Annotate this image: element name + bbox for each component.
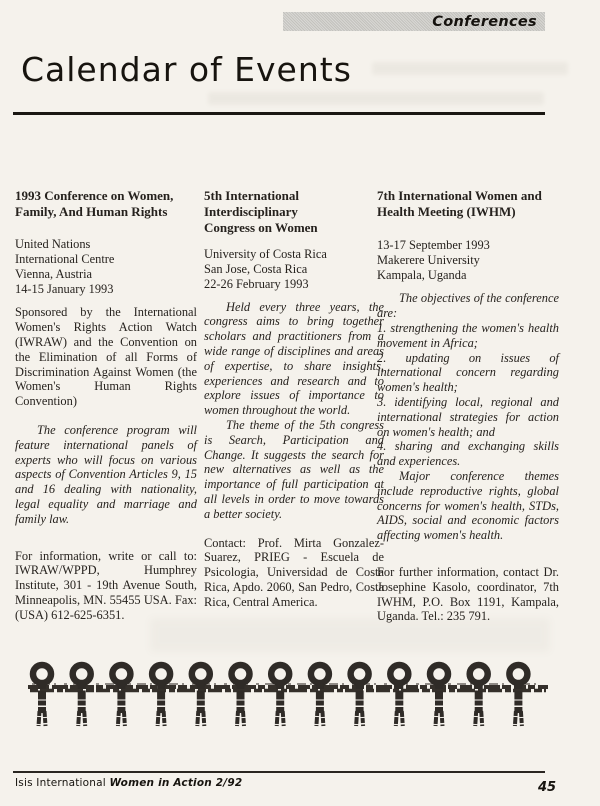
objective-item: 1. strengthening the women's health move… [377,321,559,351]
page-number: 45 [538,780,556,795]
themes-paragraph: Major conference themes include reproduc… [377,469,559,543]
page-title: Calendar of Events [21,50,352,89]
venue-line: Vienna, Austria [15,267,197,282]
contact-paragraph: For further information, contact Dr. Jos… [377,565,559,624]
title-rule [13,112,545,115]
venue-block: University of Costa Rica San Jose, Costa… [204,247,384,292]
heading-line: 5th International [204,188,384,204]
imprint-publisher: Isis International [15,777,109,789]
theme-paragraph: The theme of the 5th congress is Search,… [204,418,384,522]
venue-line: University of Costa Rica [204,247,384,262]
heading-line: 1993 Conference on Women, [15,188,197,204]
venue-line: United Nations [15,237,197,252]
heading-line: Interdisciplinary [204,204,384,220]
objectives-list: 1. strengthening the women's health move… [377,321,559,469]
section-tag-bar: Conferences [283,12,545,31]
footer-rule [13,771,545,773]
magazine-page: Conferences Calendar of Events 1993 Conf… [0,0,600,806]
objective-item: 2. updating on issues of international c… [377,351,559,395]
conference-heading: 7th International Women and Health Meeti… [377,188,559,220]
bleed-through-ghost [208,92,544,105]
objective-item: 4. sharing and exchanging skills and exp… [377,439,559,469]
venue-line: 14-15 January 1993 [15,282,197,297]
objectives-intro: The objectives of the conference are: [377,291,559,321]
imprint-magazine: Women in Action 2/92 [109,777,242,789]
venue-line: Kampala, Uganda [377,268,559,283]
venue-line: Makerere University [377,253,559,268]
objective-item: 3. identifying local, regional and inter… [377,395,559,439]
venue-block: 13-17 September 1993 Makerere University… [377,238,559,283]
contact-paragraph: For information, write or call to: IWRAW… [15,549,197,623]
conference-heading: 5th International Interdisciplinary Cong… [204,188,384,237]
program-paragraph: The conference program will feature inte… [15,423,197,527]
bleed-through-ghost [372,62,568,75]
heading-line: Health Meeting (IWHM) [377,204,559,220]
sponsor-paragraph: Sponsored by the International Women's R… [15,305,197,409]
ankh-figure-border [0,656,600,741]
heading-line: Family, And Human Rights [15,204,197,220]
venue-line: 13-17 September 1993 [377,238,559,253]
venue-block: United Nations International Centre Vien… [15,237,197,297]
conference-heading: 1993 Conference on Women, Family, And Hu… [15,188,197,220]
heading-line: 7th International Women and [377,188,559,204]
footer-imprint: Isis International Women in Action 2/92 [15,777,242,789]
heading-line: Congress on Women [204,220,384,236]
contact-paragraph: Contact: Prof. Mirta Gonzalez-Suarez, PR… [204,536,384,610]
venue-line: San Jose, Costa Rica [204,262,384,277]
conference-column-1: 1993 Conference on Women, Family, And Hu… [15,188,197,637]
about-paragraph: Held every three years, the congress aim… [204,300,384,418]
ankh-figure-row-icon [0,656,600,741]
conference-column-3: 7th International Women and Health Meeti… [377,188,559,638]
venue-line: 22-26 February 1993 [204,277,384,292]
conference-column-2: 5th International Interdisciplinary Cong… [204,188,384,624]
section-tag-label: Conferences [432,14,537,30]
venue-line: International Centre [15,252,197,267]
